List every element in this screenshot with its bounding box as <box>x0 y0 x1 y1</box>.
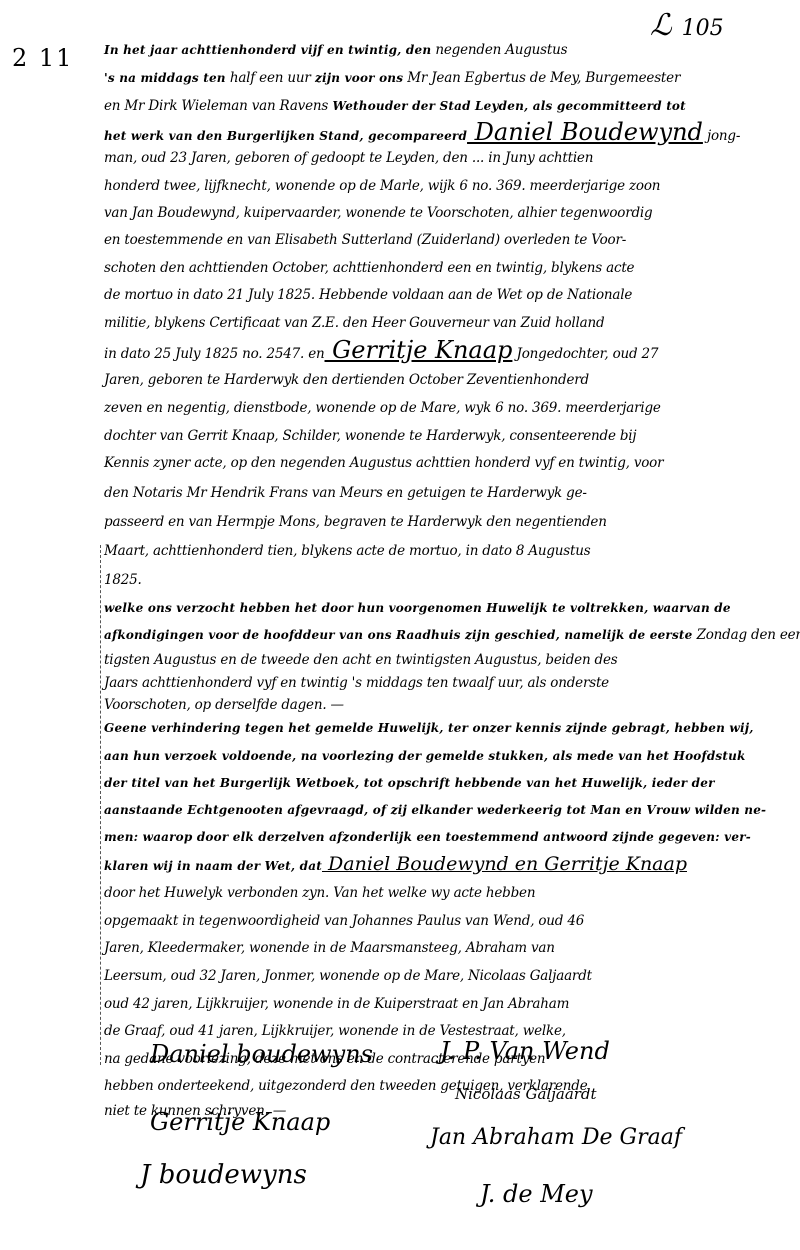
record-line: dochter van Gerrit Knaap, Schilder, wone… <box>104 428 636 444</box>
record-line: klaren wij in naam der Wet, dat Daniel B… <box>104 856 687 874</box>
record-line: den Notaris Mr Hendrik Frans van Meurs e… <box>104 485 587 501</box>
folio-number: ℒ105 <box>650 8 724 43</box>
record-line: man, oud 23 Jaren, geboren of gedoopt te… <box>104 150 593 166</box>
signature: J boudewyns <box>140 1160 307 1190</box>
record-line: in dato 25 July 1825 no. 2547. en Gerrit… <box>104 342 658 362</box>
printed-text: aan hun verzoek voldoende, na voorlezing… <box>104 749 746 763</box>
record-line: door het Huwelyk verbonden zyn. Van het … <box>104 885 535 901</box>
record-line: Geene verhindering tegen het gemelde Huw… <box>104 720 754 736</box>
record-line: In het jaar achttienhonderd vijf en twin… <box>104 42 567 58</box>
handwritten-text: man, oud 23 Jaren, geboren of gedoopt te… <box>104 150 593 166</box>
handwritten-text: van Jan Boudewynd, kuipervaarder, wonend… <box>104 205 652 221</box>
handwritten-text: oud 42 jaren, Lijkkruijer, wonende in de… <box>104 996 569 1012</box>
record-line: het werk van den Burgerlijken Stand, gec… <box>104 124 740 144</box>
handwritten-text: honderd twee, lijfknecht, wonende op de … <box>104 178 660 194</box>
record-line: aanstaande Echtgenooten afgevraagd, of z… <box>104 802 766 818</box>
printed-text: aanstaande Echtgenooten afgevraagd, of z… <box>104 803 766 817</box>
handwritten-text: tigsten Augustus en de tweede den acht e… <box>104 652 618 668</box>
handwritten-text: Jaren, geboren te Harderwyk den dertiend… <box>104 372 589 388</box>
record-line: oud 42 jaren, Lijkkruijer, wonende in de… <box>104 996 569 1012</box>
handwritten-text: dochter van Gerrit Knaap, Schilder, wone… <box>104 428 636 444</box>
record-line: Leersum, oud 32 Jaren, Jonmer, wonende o… <box>104 968 592 984</box>
folio-mark-icon: ℒ <box>650 8 672 43</box>
record-line: men: waarop door elk derzelven afzonderl… <box>104 829 751 845</box>
record-line: passeerd en van Hermpje Mons, begraven t… <box>104 514 607 530</box>
record-line: der titel van het Burgerlijk Wetboek, to… <box>104 775 715 791</box>
handwritten-text: schoten den achttienden October, achttie… <box>104 260 634 276</box>
record-line: Jaars achttienhonderd vyf en twintig 's … <box>104 675 609 691</box>
margin-rule <box>100 545 102 1065</box>
handwritten-text: opgemaakt in tegenwoordigheid van Johann… <box>104 913 584 929</box>
signature: Daniel boudewyns <box>150 1040 373 1068</box>
handwritten-text: in dato 25 July 1825 no. 2547. en <box>104 346 325 362</box>
record-line: en Mr Dirk Wieleman van Ravens Wethouder… <box>104 98 686 114</box>
folio-number-text: 105 <box>682 16 724 41</box>
printed-text: afkondigingen voor de hoofddeur van ons … <box>104 628 692 642</box>
margin-record-number: 2 11 <box>12 44 73 72</box>
handwritten-text: Jaren, Kleedermaker, wonende in de Maars… <box>104 940 555 956</box>
handwritten-text: zeven en negentig, dienstbode, wonende o… <box>104 400 661 416</box>
handwritten-text: en toestemmende en van Elisabeth Sutterl… <box>104 232 626 248</box>
record-line: van Jan Boudewynd, kuipervaarder, wonend… <box>104 205 652 221</box>
record-line: en toestemmende en van Elisabeth Sutterl… <box>104 232 626 248</box>
record-line: afkondigingen voor de hoofddeur van ons … <box>104 627 800 643</box>
record-line: Voorschoten, op derselfde dagen. — <box>104 697 344 713</box>
record-line: 's na middags ten half een uur zijn voor… <box>104 70 680 86</box>
handwritten-text: Kennis zyner acte, op den negenden Augus… <box>104 455 663 471</box>
handwritten-text: Mr Jean Egbertus de Mey, Burgemeester <box>403 70 680 86</box>
record-line: welke ons verzocht hebben het door hun v… <box>104 600 731 616</box>
record-line: militie, blykens Certificaat van Z.E. de… <box>104 315 604 331</box>
handwritten-text: Maart, achttienhonderd tien, blykens act… <box>104 543 590 559</box>
handwritten-text: jong- <box>703 128 740 144</box>
printed-text: het werk van den Burgerlijken Stand, gec… <box>104 129 467 143</box>
printed-text: zijn voor ons <box>311 71 404 85</box>
record-line: de mortuo in dato 21 July 1825. Hebbende… <box>104 287 632 303</box>
record-line: schoten den achttienden October, achttie… <box>104 260 634 276</box>
party-name: Gerritje Knaap <box>325 336 513 364</box>
handwritten-text: den Notaris Mr Hendrik Frans van Meurs e… <box>104 485 587 501</box>
printed-text: In het jaar achttienhonderd vijf en twin… <box>104 43 431 57</box>
party-name: Daniel Boudewynd <box>467 118 703 146</box>
printed-text: klaren wij in naam der Wet, dat <box>104 859 322 873</box>
printed-text: 's na middags ten <box>104 71 226 85</box>
civil-marriage-record-page: 2 11 ℒ105 In het jaar achttienhonderd vi… <box>0 0 800 1250</box>
record-line: Jaren, Kleedermaker, wonende in de Maars… <box>104 940 555 956</box>
record-line: tigsten Augustus en de tweede den acht e… <box>104 652 618 668</box>
handwritten-text: Zondag den een en dertien- <box>692 627 800 643</box>
handwritten-text: Jongedochter, oud 27 <box>512 346 658 362</box>
handwritten-text: en Mr Dirk Wieleman van Ravens <box>104 98 328 114</box>
handwritten-text: Jaars achttienhonderd vyf en twintig 's … <box>104 675 609 691</box>
printed-text: der titel van het Burgerlijk Wetboek, to… <box>104 776 715 790</box>
handwritten-text: negenden Augustus <box>431 42 567 58</box>
handwritten-text: passeerd en van Hermpje Mons, begraven t… <box>104 514 607 530</box>
signature: J. de Mey <box>480 1180 593 1208</box>
record-line: Jaren, geboren te Harderwyk den dertiend… <box>104 372 589 388</box>
printed-text: welke ons verzocht hebben het door hun v… <box>104 601 731 615</box>
handwritten-text: de mortuo in dato 21 July 1825. Hebbende… <box>104 287 632 303</box>
record-line: zeven en negentig, dienstbode, wonende o… <box>104 400 661 416</box>
handwritten-text: 1825. <box>104 572 142 588</box>
signature: Nicolaas Galjaardt <box>455 1085 597 1103</box>
printed-text: men: waarop door elk derzelven afzonderl… <box>104 830 751 844</box>
signature: J. P. Van Wend <box>440 1037 610 1065</box>
printed-text: Wethouder der Stad Leyden, als gecommitt… <box>328 99 686 113</box>
record-line: 1825. <box>104 572 142 588</box>
party-name: Daniel Boudewynd en Gerritje Knaap <box>322 853 687 875</box>
record-line: Maart, achttienhonderd tien, blykens act… <box>104 543 590 559</box>
printed-text: Geene verhindering tegen het gemelde Huw… <box>104 721 754 735</box>
record-line: honderd twee, lijfknecht, wonende op de … <box>104 178 660 194</box>
handwritten-text: half een uur <box>226 70 311 86</box>
handwritten-text: Leersum, oud 32 Jaren, Jonmer, wonende o… <box>104 968 592 984</box>
signature: Gerritje Knaap <box>150 1108 330 1136</box>
record-line: opgemaakt in tegenwoordigheid van Johann… <box>104 913 584 929</box>
handwritten-text: door het Huwelyk verbonden zyn. Van het … <box>104 885 535 901</box>
record-line: Kennis zyner acte, op den negenden Augus… <box>104 455 663 471</box>
record-line: aan hun verzoek voldoende, na voorlezing… <box>104 748 746 764</box>
handwritten-text: Voorschoten, op derselfde dagen. — <box>104 697 344 713</box>
signature: Jan Abraham De Graaf <box>430 1125 682 1150</box>
handwritten-text: militie, blykens Certificaat van Z.E. de… <box>104 315 604 331</box>
